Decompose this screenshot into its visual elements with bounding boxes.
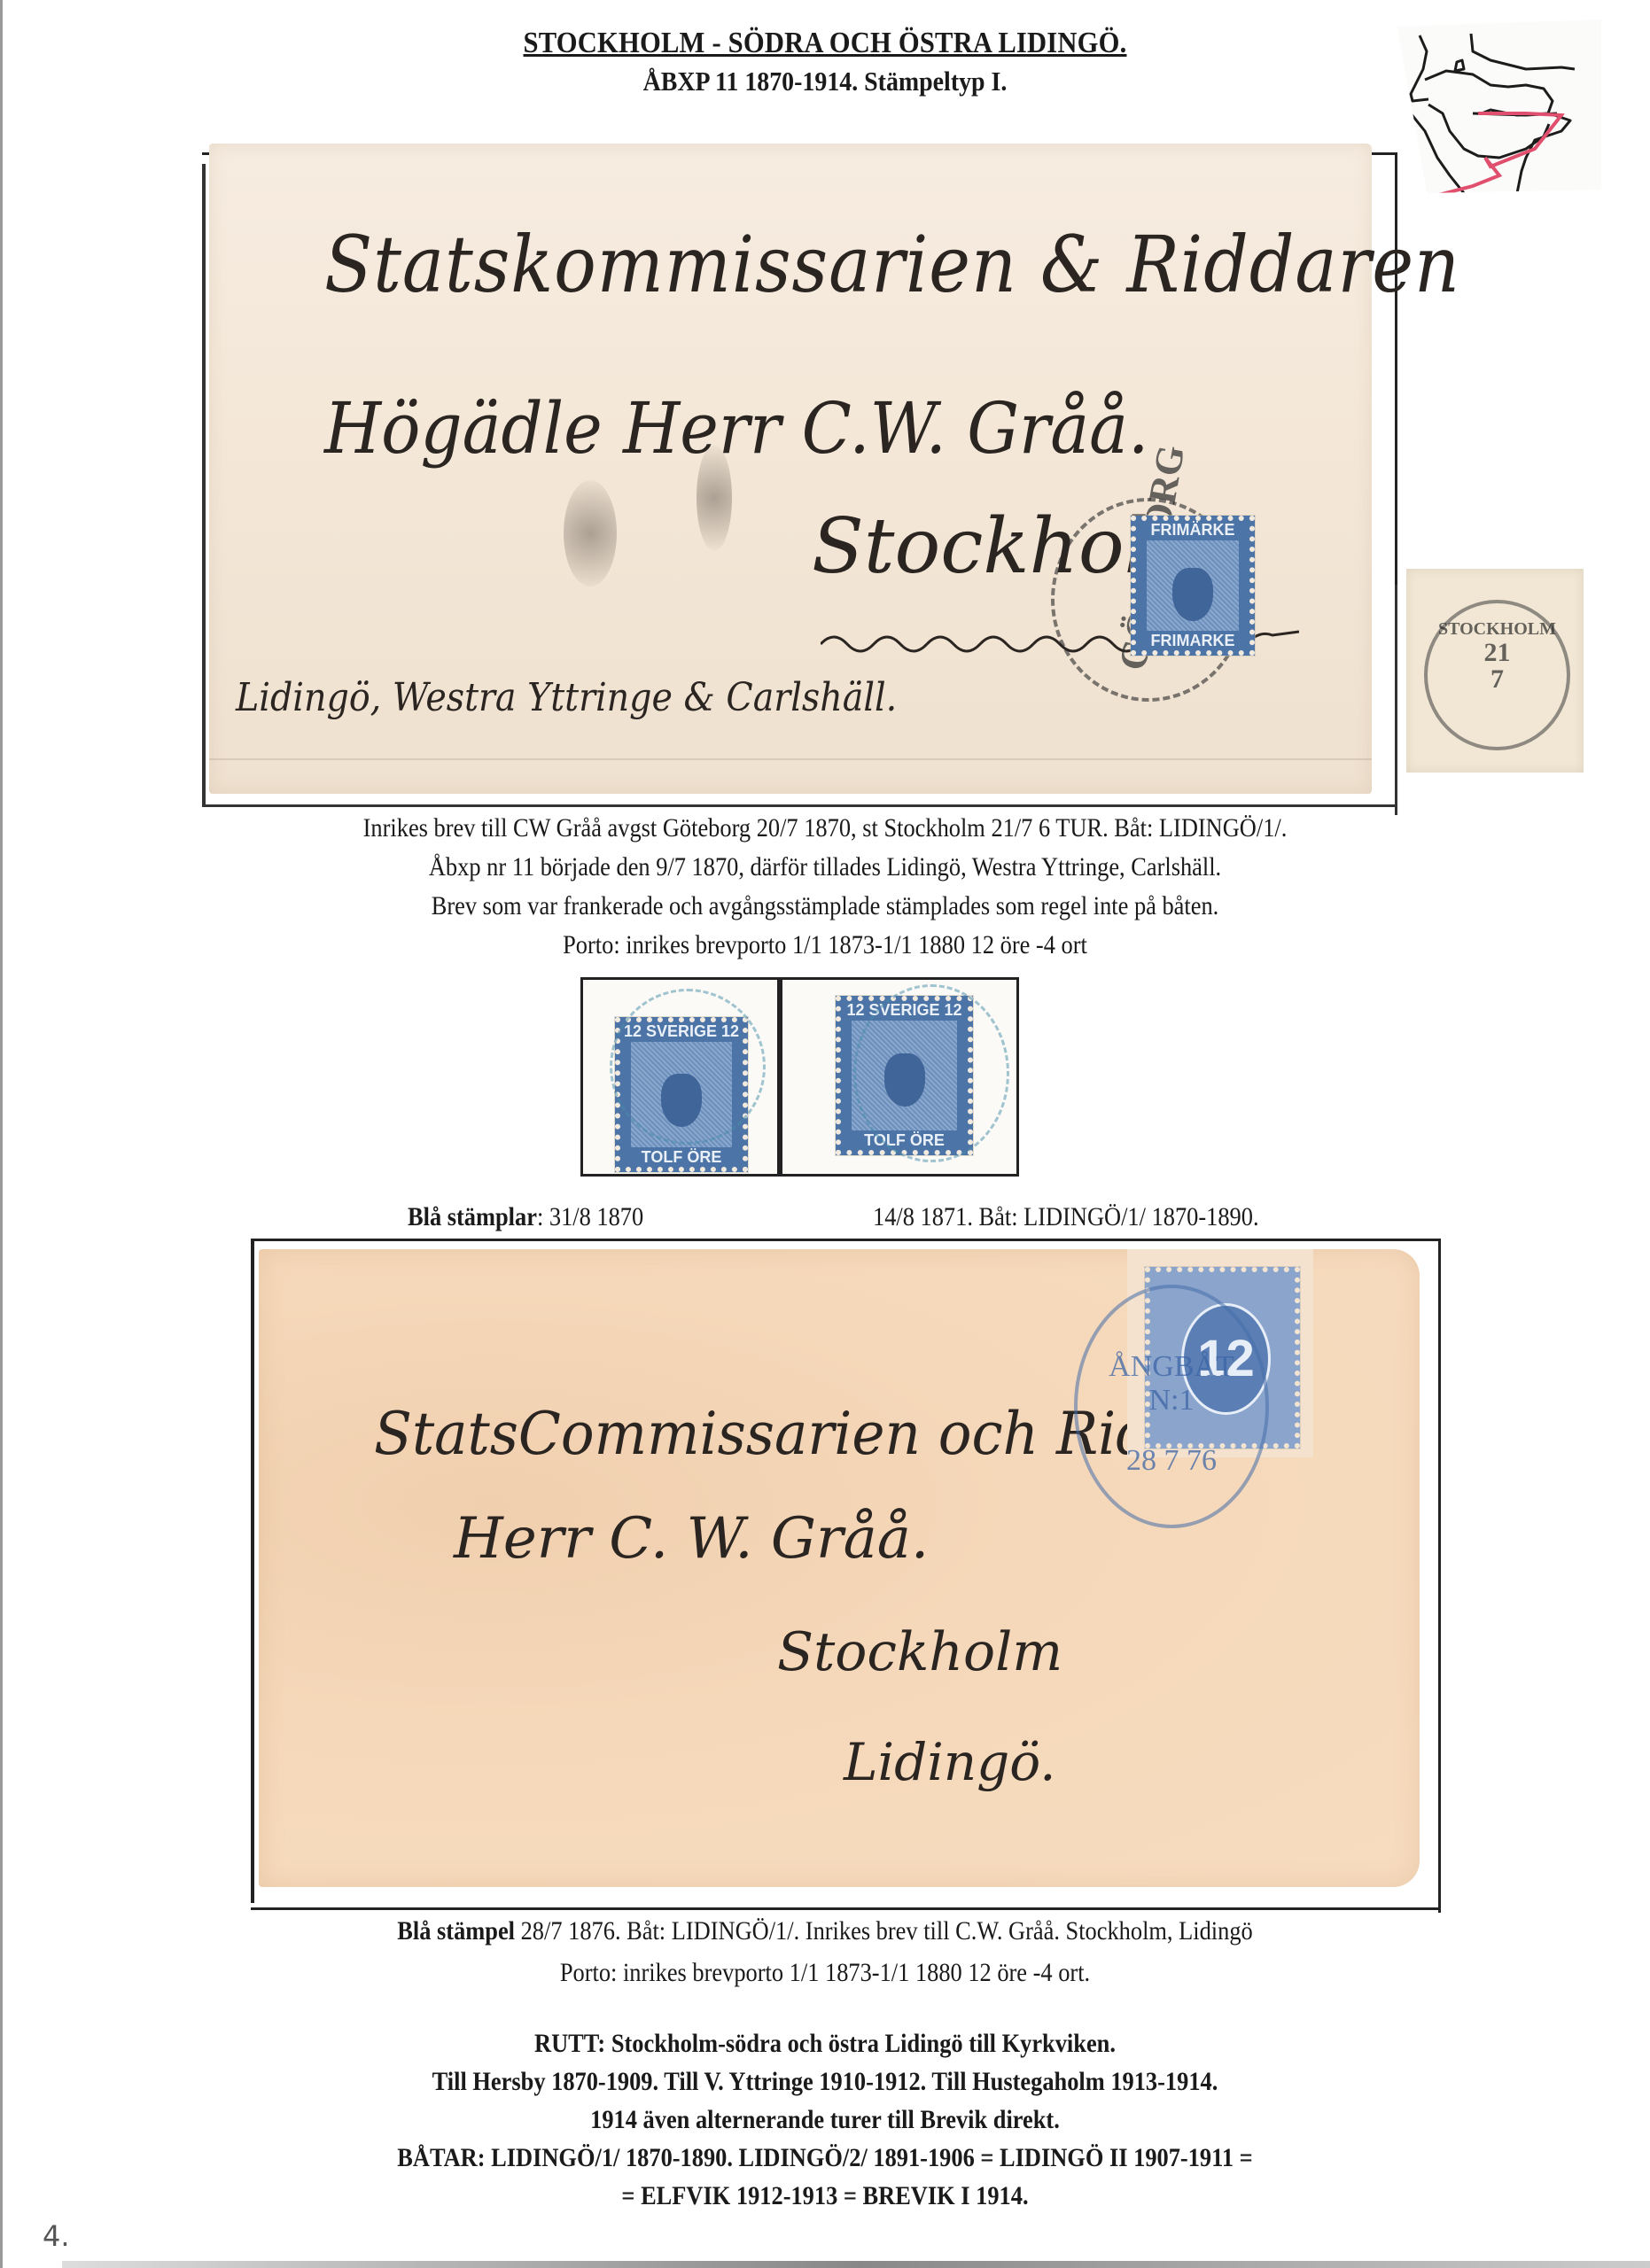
- caption-line: Porto: inrikes brevporto 1/1 1873-1/1 18…: [99, 930, 1552, 960]
- cutout-frame: [1395, 585, 1397, 815]
- page-left-edge: [0, 0, 3, 2268]
- cover2-address-line: Herr C. W. Gråå.: [454, 1506, 929, 1572]
- cover1-frame-left: [202, 164, 206, 807]
- stockholm-postmark: STOCKHOLM 21 7: [1424, 600, 1570, 750]
- page-subtitle: ÅBXP 11 1870-1914. Stämpeltyp I.: [82, 66, 1568, 97]
- blue-postmark: [853, 984, 1009, 1162]
- stockholm-cutout-card: STOCKHOLM 21 7: [1406, 569, 1584, 773]
- route-line: BÅTAR: LIDINGÖ/1/ 1870-1890. LIDINGÖ/2/ …: [99, 2143, 1552, 2173]
- cover1-sender-note: Lidingö, Westra Yttringe & Carlshäll.: [236, 675, 897, 720]
- page-number: 4.: [43, 2219, 70, 2253]
- cover2-frame-left: [251, 1239, 254, 1903]
- cover2-address-line: Lidingö.: [844, 1732, 1056, 1792]
- cover-1-envelope: Statskommissarien & Riddaren Högädle Her…: [209, 144, 1372, 794]
- cover1-address-line: Högädle Herr C.W. Gråå.: [324, 387, 1148, 470]
- loose-stamp-frame-2: 12 SVERIGE 12 TOLF ÖRE: [780, 977, 1019, 1177]
- blue-postmark: [610, 989, 766, 1145]
- angbat-postmark: ÅNGBÅT N:1 28 7 76: [1074, 1285, 1269, 1528]
- cover-2-envelope: StatsCommissarien och Riddaren Herr C. W…: [259, 1249, 1420, 1887]
- caption-line: Brev som var frankerade och avgångsstämp…: [99, 891, 1552, 921]
- loose-stamp-caption-2: 14/8 1871. Båt: LIDINGÖ/1/ 1870-1890.: [873, 1202, 1259, 1232]
- ink-smudge: [564, 480, 617, 586]
- caption-line: Porto: inrikes brevporto 1/1 1873-1/1 18…: [99, 1958, 1552, 1988]
- route-line: RUTT: Stockholm-södra och östra Lidingö …: [99, 2029, 1552, 2059]
- crown-icon: [1172, 568, 1213, 621]
- ink-smudge: [697, 445, 732, 551]
- page-bottom-edge: [62, 2261, 1650, 2268]
- route-map-icon: [1393, 16, 1606, 193]
- cover2-address-line: Stockholm: [777, 1621, 1062, 1683]
- route-line: = ELFVIK 1912-1913 = BREVIK I 1914.: [99, 2181, 1552, 2211]
- loose-stamp-caption-1: Blå stämplar: 31/8 1870: [408, 1202, 643, 1232]
- route-line: 1914 även alternerande turer till Brevik…: [99, 2105, 1552, 2135]
- route-line: Till Hersby 1870-1909. Till V. Yttringe …: [99, 2067, 1552, 2097]
- caption-line: Åbxp nr 11 började den 9/7 1870, därför …: [99, 852, 1552, 882]
- cover2-frame-bottom: [251, 1907, 1438, 1910]
- cover1-frame-bottom: [202, 804, 1395, 807]
- cover1-address-line: Statskommissarien & Riddaren: [324, 219, 1460, 310]
- caption-line: Inrikes brev till CW Gråå avgst Göteborg…: [99, 813, 1552, 843]
- stamp-12-ore-cover1: FRIMÄRKE FRIMARKE: [1131, 516, 1255, 656]
- envelope-fold: [209, 758, 1372, 760]
- caption-line: Blå stämpel 28/7 1876. Båt: LIDINGÖ/1/. …: [99, 1916, 1552, 1946]
- loose-stamp-frame-1: 12 SVERIGE 12 TOLF ÖRE: [580, 977, 780, 1177]
- page-title: STOCKHOLM - SÖDRA OCH ÖSTRA LIDINGÖ.: [82, 27, 1568, 60]
